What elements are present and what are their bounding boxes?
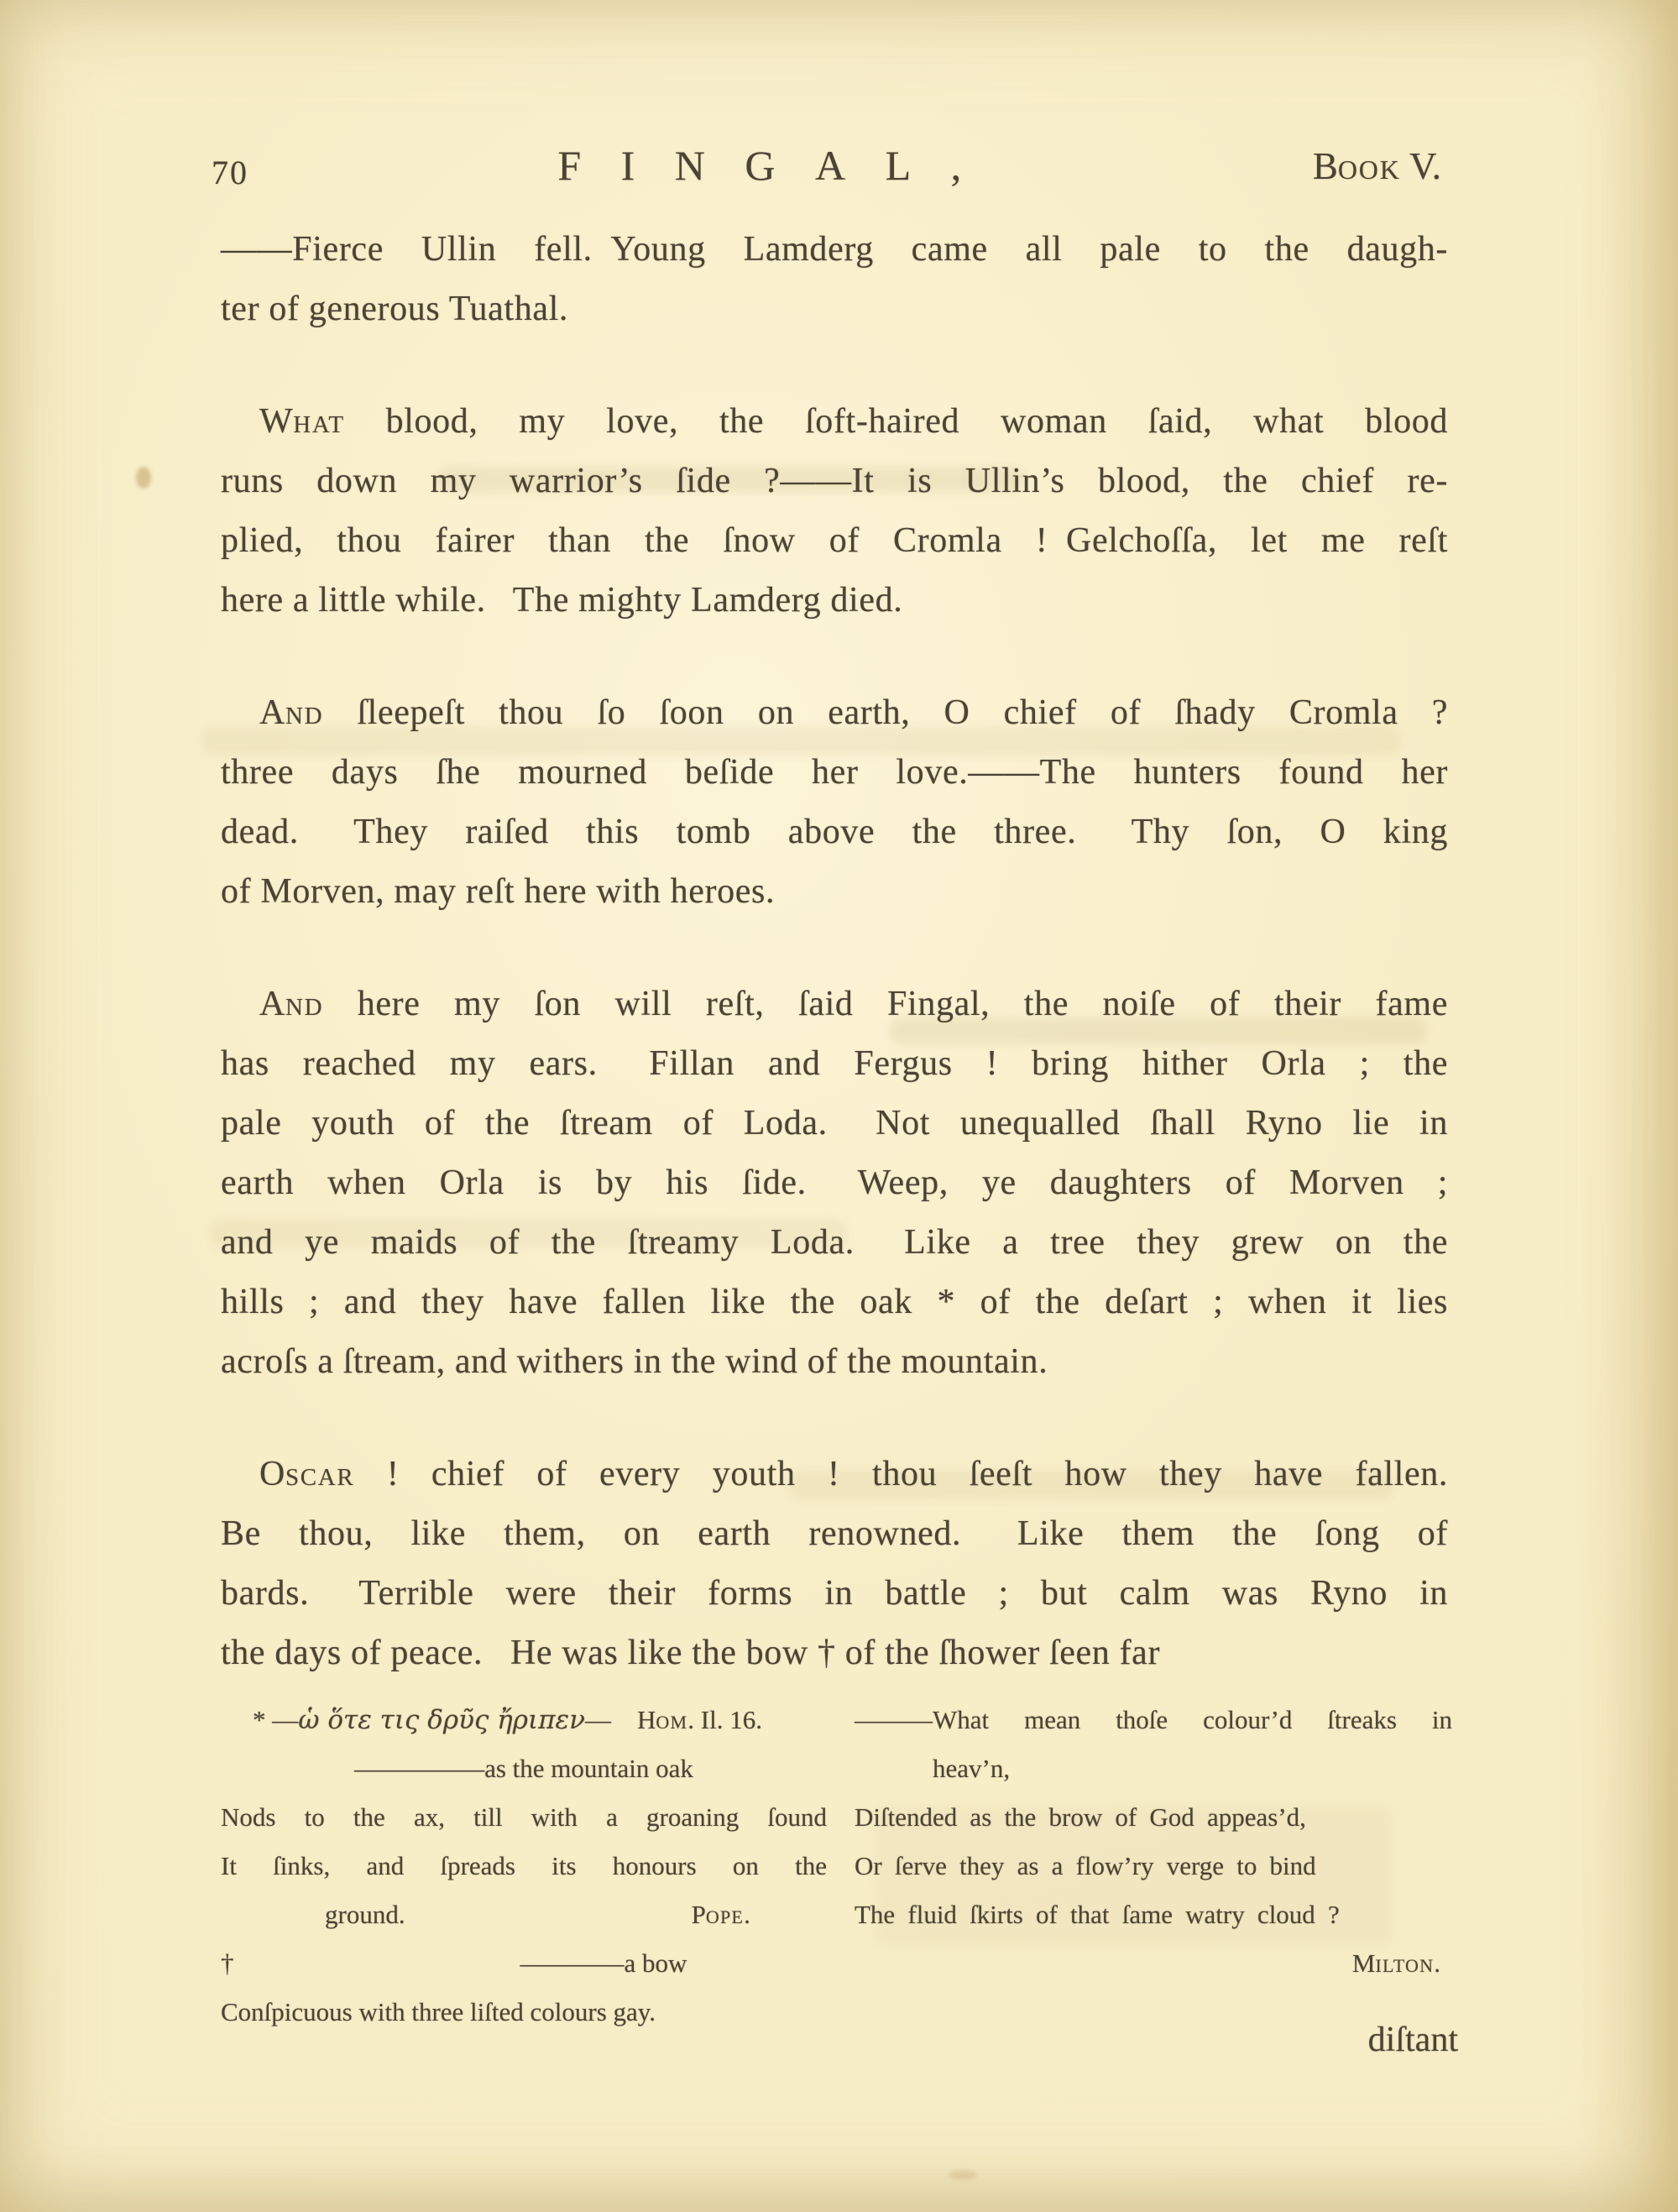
body-line: three days ſhe mourned beſide her love.—… [221,743,1448,803]
greek-quote: ὡ ὅτε τις δρῦς ἤριπεν [298,1705,585,1735]
body-line: here a little while. The mighty Lamderg … [221,571,1448,630]
footnote-line: ground. Pope. [221,1890,827,1939]
body-line: acroſs a ſtream, and withers in the wind… [221,1332,1448,1392]
page-header: 70 FINGAL, Book V. [212,139,1448,198]
footnote-line: ———What mean thoſe colour’d ſtreaks in [855,1696,1452,1744]
footnote-line: † ————a bow [221,1939,827,1988]
small-caps: ope [706,1900,744,1929]
body-line: earth when Orla is by his ſide. Weep, ye… [221,1153,1448,1213]
body-text: ——Fierce Ullin fell. Young Lamderg came … [221,220,1448,1736]
body-line: ter of generous Tuathal. [221,280,1448,339]
paragraph: And here my ſon will reſt, ſaid Fingal, … [221,975,1448,1392]
footnote-line: The fluid ſkirts of that ſame watry clou… [855,1890,1452,1939]
small-caps: ilton [1375,1948,1434,1978]
running-title: FINGAL, [557,141,1001,190]
body-line: Oscar ! chief of every youth ! thou ſeeſ… [221,1445,1448,1504]
body-line: plied, thou fairer than the ſnow of Crom… [221,511,1448,571]
paper-stain [949,2170,977,2180]
body-line: bards. Terrible were their forms in batt… [221,1564,1448,1624]
body-line: and ye maids of the ſtreamy Loda. Like a… [221,1213,1448,1273]
small-caps: nd [285,693,323,732]
body-line: And ſleepeſt thou ſo ſoon on earth, O ch… [221,683,1448,743]
small-caps: hat [293,402,344,441]
body-line: ——Fierce Ullin fell. Young Lamderg came … [221,220,1448,280]
small-caps: scar [285,1455,354,1493]
footnote-line: It ſinks, and ſpreads its honours on the [221,1842,827,1890]
paragraph: ——Fierce Ullin fell. Young Lamderg came … [221,220,1448,339]
small-caps: nd [285,985,323,1023]
footnote-line: heav’n, [855,1744,1452,1793]
body-line: pale youth of the ſtream of Loda. Not un… [221,1094,1448,1153]
body-line: of Morven, may reſt here with heroes. [221,862,1448,922]
footnote-line: Nods to the ax, till with a groaning ſou… [221,1793,827,1842]
body-line: has reached my ears. Fillan and Fergus !… [221,1034,1448,1094]
paragraph: What blood, my love, the ſoft-haired wom… [221,392,1448,630]
book-label: Book V. [1313,144,1441,188]
footnote-line: * —ὡ ὅτε τις δρῦς ἤριπεν— Hom. Il. 16. [221,1696,827,1744]
footnotes: * —ὡ ὅτε τις δρῦς ἤριπεν— Hom. Il. 16.——… [221,1696,1452,2037]
footnote-line: Or ſerve they as a flow’ry verge to bind [855,1842,1452,1890]
footnote-line: —————as the mountain oak [221,1744,827,1793]
body-line: Be thou, like them, on earth renowned. L… [221,1504,1448,1564]
body-line: dead. They raiſed this tomb above the th… [221,803,1448,862]
paper-stain [136,467,151,489]
paragraph: Oscar ! chief of every youth ! thou ſeeſ… [221,1445,1448,1683]
catchword: diſtant [1368,2020,1458,2060]
page-number: 70 [212,153,248,192]
footnote-line: Conſpicuous with three liſted colours ga… [221,1988,827,2037]
body-line: the days of peace. He was like the bow †… [221,1624,1448,1683]
footnote-column-left: * —ὡ ὅτε τις δρῦς ἤριπεν— Hom. Il. 16.——… [221,1696,827,2037]
body-line: And here my ſon will reſt, ſaid Fingal, … [221,975,1448,1034]
paragraph: And ſleepeſt thou ſo ſoon on earth, O ch… [221,683,1448,922]
footnote-line: Diſtended as the brow of God appeas’d, [855,1793,1452,1842]
body-line: runs down my warrior’s ſide ?——It is Ull… [221,452,1448,511]
book-page: 70 FINGAL, Book V. ——Fierce Ullin fell. … [0,0,1678,2212]
footnote-column-right: ———What mean thoſe colour’d ſtreaks in h… [855,1696,1452,2037]
small-caps: ook [1338,145,1401,187]
body-line: What blood, my love, the ſoft-haired wom… [221,392,1448,452]
footnote-line: Milton. [855,1939,1452,1988]
body-line: hills ; and they have fallen like the oa… [221,1273,1448,1332]
small-caps: om [656,1705,687,1734]
